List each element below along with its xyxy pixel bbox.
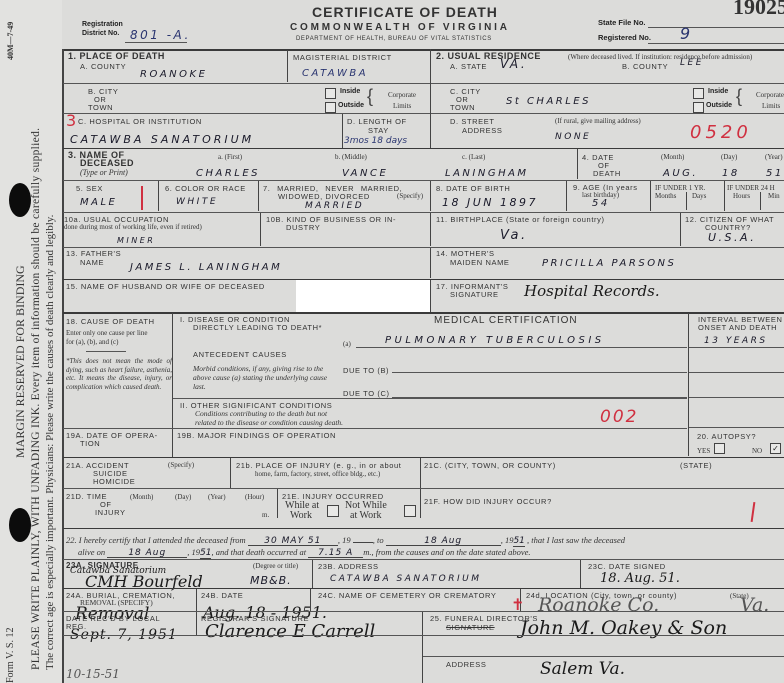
red-code-002: 002 <box>600 407 638 427</box>
red-mark-3: 3 <box>66 111 76 130</box>
residence-city-value: St CHARLES <box>506 96 591 107</box>
state-file-label: State File No. <box>598 18 646 27</box>
outside-checkbox[interactable] <box>325 102 336 113</box>
date-of-birth-value: 18 JUN 1897 <box>442 196 538 209</box>
place-of-death-heading: 1. PLACE OF DEATH <box>68 52 165 61</box>
certificate-title: CERTIFICATE OF DEATH <box>312 4 498 20</box>
cause-a-value: PULMONARY TUBERCULOSIS <box>385 335 605 346</box>
marital-status-value: MARRIED <box>305 201 364 211</box>
mother-name-value: PRICILLA PARSONS <box>542 258 676 269</box>
date-signed-value: 18. Aug. 51. <box>600 571 680 586</box>
funeral-director-address: Salem Va. <box>540 659 625 679</box>
occupation-value: MINER <box>117 236 155 245</box>
middle-name-value: VANCE <box>342 168 388 179</box>
residence-state-value: VA. <box>500 57 527 71</box>
street-address-value: NONE <box>555 132 591 142</box>
father-name-value: JAMES L. LANINGHAM <box>130 262 282 273</box>
punch-hole <box>9 183 31 217</box>
instruction-line-1: PLEASE WRITE PLAINLY, WITH UNFADING INK.… <box>30 128 42 670</box>
death-month-value: AUG. <box>663 168 698 179</box>
birthplace-value: Va. <box>500 228 528 243</box>
residence-outside-checkbox[interactable] <box>693 102 704 113</box>
form-code: Form V. S. 12 <box>5 628 16 683</box>
binding-margin: Form V. S. 12 40M—7-49 MARGIN RESERVED F… <box>0 0 62 683</box>
while-at-work-checkbox[interactable] <box>327 505 339 517</box>
magisterial-district-value: CATAWBA <box>302 68 368 79</box>
registration-district: Registration District No. <box>82 20 123 38</box>
sex-value: MALE <box>80 197 117 208</box>
hospital-value: CATAWBA SANATORIUM <box>70 133 254 146</box>
binding-note: MARGIN RESERVED FOR BINDING <box>13 265 28 458</box>
red-code-0520: 0520 <box>690 122 752 143</box>
physician-address: CATAWBA SANATORIUM <box>330 574 482 584</box>
red-slash-mark <box>751 502 756 522</box>
race-value: WHITE <box>176 197 218 207</box>
commonwealth-title: COMMONWEALTH OF VIRGINIA <box>290 22 510 33</box>
print-code: 40M—7-49 <box>6 22 15 60</box>
death-year-value: 51 <box>766 168 784 179</box>
length-of-stay-value: 3mos 18 days <box>344 136 407 146</box>
burial-state-value: Va. <box>740 594 769 616</box>
residence-inside-checkbox[interactable] <box>693 88 704 99</box>
inside-checkbox[interactable] <box>325 88 336 99</box>
state-file-number: 19025 <box>733 0 784 20</box>
interval-value: 13 YEARS <box>704 336 768 346</box>
informant-signature: Hospital Records. <box>524 282 660 300</box>
not-while-at-work-checkbox[interactable] <box>404 505 416 517</box>
red-cross-mark: ✝ <box>511 595 524 615</box>
burial-location-value: Roanoke Co. <box>538 594 659 616</box>
death-certificate: Form V. S. 12 40M—7-49 MARGIN RESERVED F… <box>0 0 784 683</box>
cause-footnote: *This does not mean the mode of dying, s… <box>66 357 172 391</box>
instruction-line-2: The correct age is especially important.… <box>44 215 56 670</box>
registered-label: Registered No. <box>598 33 651 42</box>
certification-line-1: 22. I hereby certify that I attended the… <box>66 536 625 546</box>
redacted-spouse-name <box>296 280 430 312</box>
bottom-date-note: 10-15-51 <box>66 667 120 681</box>
citizenship-value: U.S.A. <box>708 231 756 244</box>
autopsy-yes-checkbox[interactable] <box>714 443 725 454</box>
medical-certification-title: MEDICAL CERTIFICATION <box>434 315 578 326</box>
red-tick-mark <box>141 186 143 210</box>
first-name-value: CHARLES <box>196 168 260 179</box>
residence-county-value: LEE <box>680 58 704 68</box>
registrar-signature: Clarence E Carrell <box>205 621 375 642</box>
last-name-value: LANINGHAM <box>445 168 529 179</box>
death-day-value: 18 <box>722 168 740 179</box>
registered-number: 9 <box>680 24 693 43</box>
certification-line-2: alive on 18 Aug, 1951, and that death oc… <box>78 548 531 558</box>
registration-district-value: 801 -A. <box>130 28 191 42</box>
physician-degree: MB&B. <box>250 574 292 587</box>
punch-hole <box>9 508 31 542</box>
age-value: 54 <box>592 198 610 209</box>
autopsy-no-checkbox[interactable]: ✓ <box>770 443 781 454</box>
county-value: ROANOKE <box>140 69 207 80</box>
department-title: DEPARTMENT OF HEALTH, BUREAU OF VITAL ST… <box>296 36 492 42</box>
